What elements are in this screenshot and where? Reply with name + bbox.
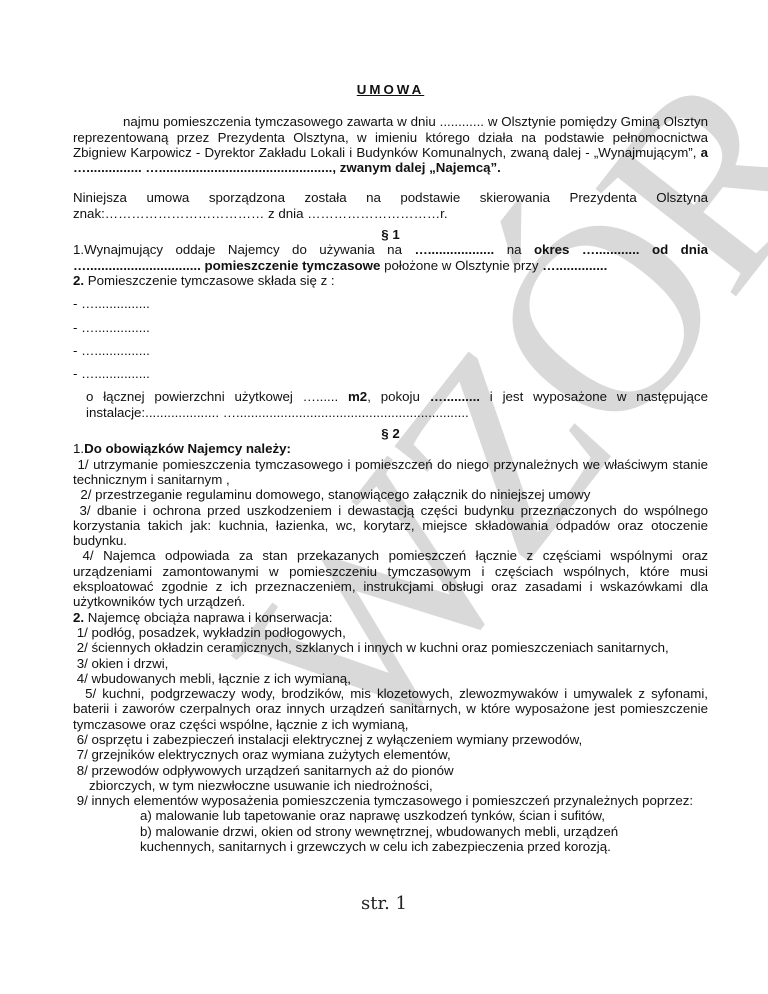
page-number: str. 1 [0,893,768,914]
duty-item: 3/ dbanie i ochrona przed uszkodzeniem i… [73,503,708,549]
area-paragraph: o łącznej powierzchni użytkowej …...... … [73,389,708,420]
intro-text: najmu pomieszczenia tymczasowego zawarta… [73,114,708,160]
repair-item: 2/ ściennych okładzin ceramicznych, szkl… [73,640,708,655]
sub-item: b) malowanie drzwi, okien od strony wewn… [73,824,708,839]
section-2-point-2-heading: 2. Najemcę obciąża naprawa i konserwacja… [73,610,708,625]
repair-item: 4/ wbudowanych mebli, łącznie z ich wymi… [73,671,708,686]
room-item: - …............... [73,320,708,335]
repair-item: 9/ innych elementów wyposażenia pomieszc… [73,793,708,808]
repair-item: 7/ grzejników elektrycznych oraz wymiana… [73,747,708,762]
room-item: - …............... [73,296,708,311]
duty-item: 4/ Najemca odpowiada za stan przekazanyc… [73,548,708,609]
referral-paragraph: Niniejsza umowa sporządzona została na p… [73,190,708,221]
section-2-point-1-heading: 1.Do obowiązków Najemcy należy: [73,441,708,456]
duty-item: 1/ utrzymanie pomieszczenia tymczasowego… [73,457,708,488]
section-2-heading: § 2 [73,426,708,441]
room-item: - …............... [73,366,708,381]
repair-item: 8/ przewodów odpływowych urządzeń sanita… [73,763,708,778]
section-1-point-2: 2. Pomieszczenie tymczasowe składa się z… [73,273,708,288]
room-item: - …............... [73,343,708,358]
sub-item: a) malowanie lub tapetowanie oraz napraw… [73,808,708,823]
document-page: WZÓR UMOWA najmu pomieszczenia tymczasow… [0,0,768,994]
section-1-heading: § 1 [73,227,708,242]
sub-item: kuchennych, sanitarnych i grzewczych w c… [73,839,708,854]
document-title: UMOWA [73,82,708,97]
duty-item: 2/ przestrzeganie regulaminu domowego, s… [73,487,708,502]
repair-item-continuation: zbiorczych, w tym niezwłoczne usuwanie i… [73,778,708,793]
repair-item: 6/ osprzętu i zabezpieczeń instalacji el… [73,732,708,747]
repair-item: 3/ okien i drzwi, [73,656,708,671]
repair-item: 1/ podłóg, posadzek, wykładzin podłogowy… [73,625,708,640]
section-1-point-1: 1.Wynajmujący oddaje Najemcy do używania… [73,242,708,273]
document-body: UMOWA najmu pomieszczenia tymczasowego z… [73,82,708,854]
intro-paragraph: najmu pomieszczenia tymczasowego zawarta… [73,114,708,175]
intro-tenant-label: zwanym dalej „Najemcą”. [336,160,501,175]
repair-item: 5/ kuchni, podgrzewaczy wody, brodzików,… [73,686,708,732]
